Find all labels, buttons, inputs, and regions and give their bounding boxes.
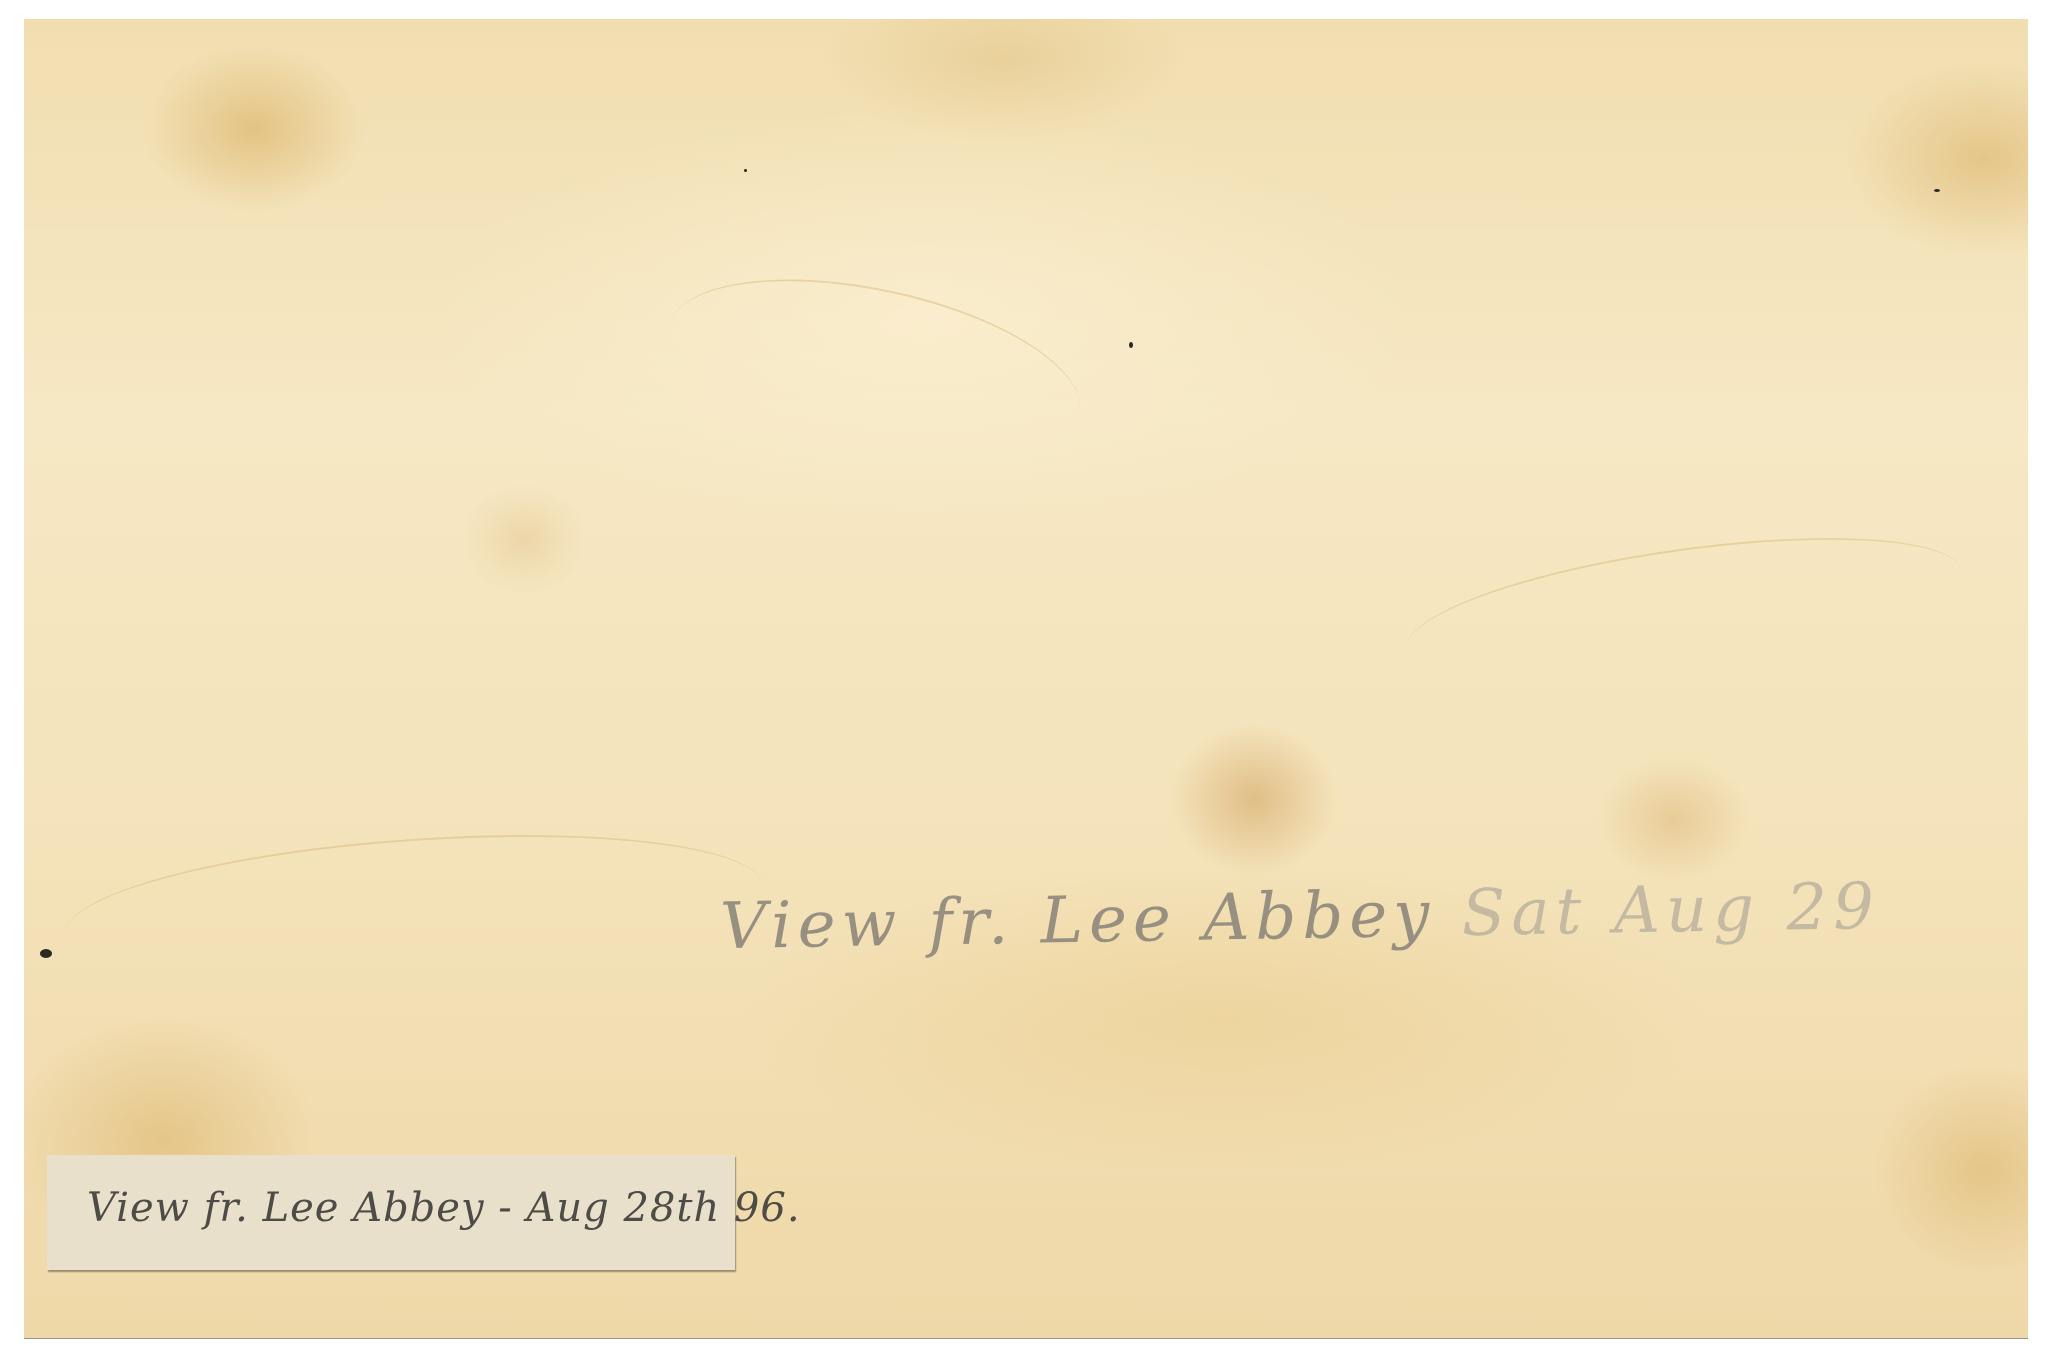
ink-speck — [1934, 189, 1940, 192]
water-stain — [652, 247, 1097, 493]
water-stain — [60, 815, 768, 1005]
ink-speck — [1129, 342, 1133, 348]
label-text: View fr. Lee Abbey - Aug 28th 96. — [87, 1185, 801, 1231]
pencil-inscription-faint: Sat Aug 29 — [1461, 870, 1880, 951]
water-stain — [1398, 511, 1970, 710]
ink-speck — [40, 949, 52, 958]
paper-sheet — [24, 19, 2028, 1338]
ink-speck — [744, 169, 747, 172]
pasted-label: View fr. Lee Abbey - Aug 28th 96. — [47, 1155, 735, 1270]
pencil-inscription-main: View fr. Lee Abbey — [719, 878, 1435, 964]
